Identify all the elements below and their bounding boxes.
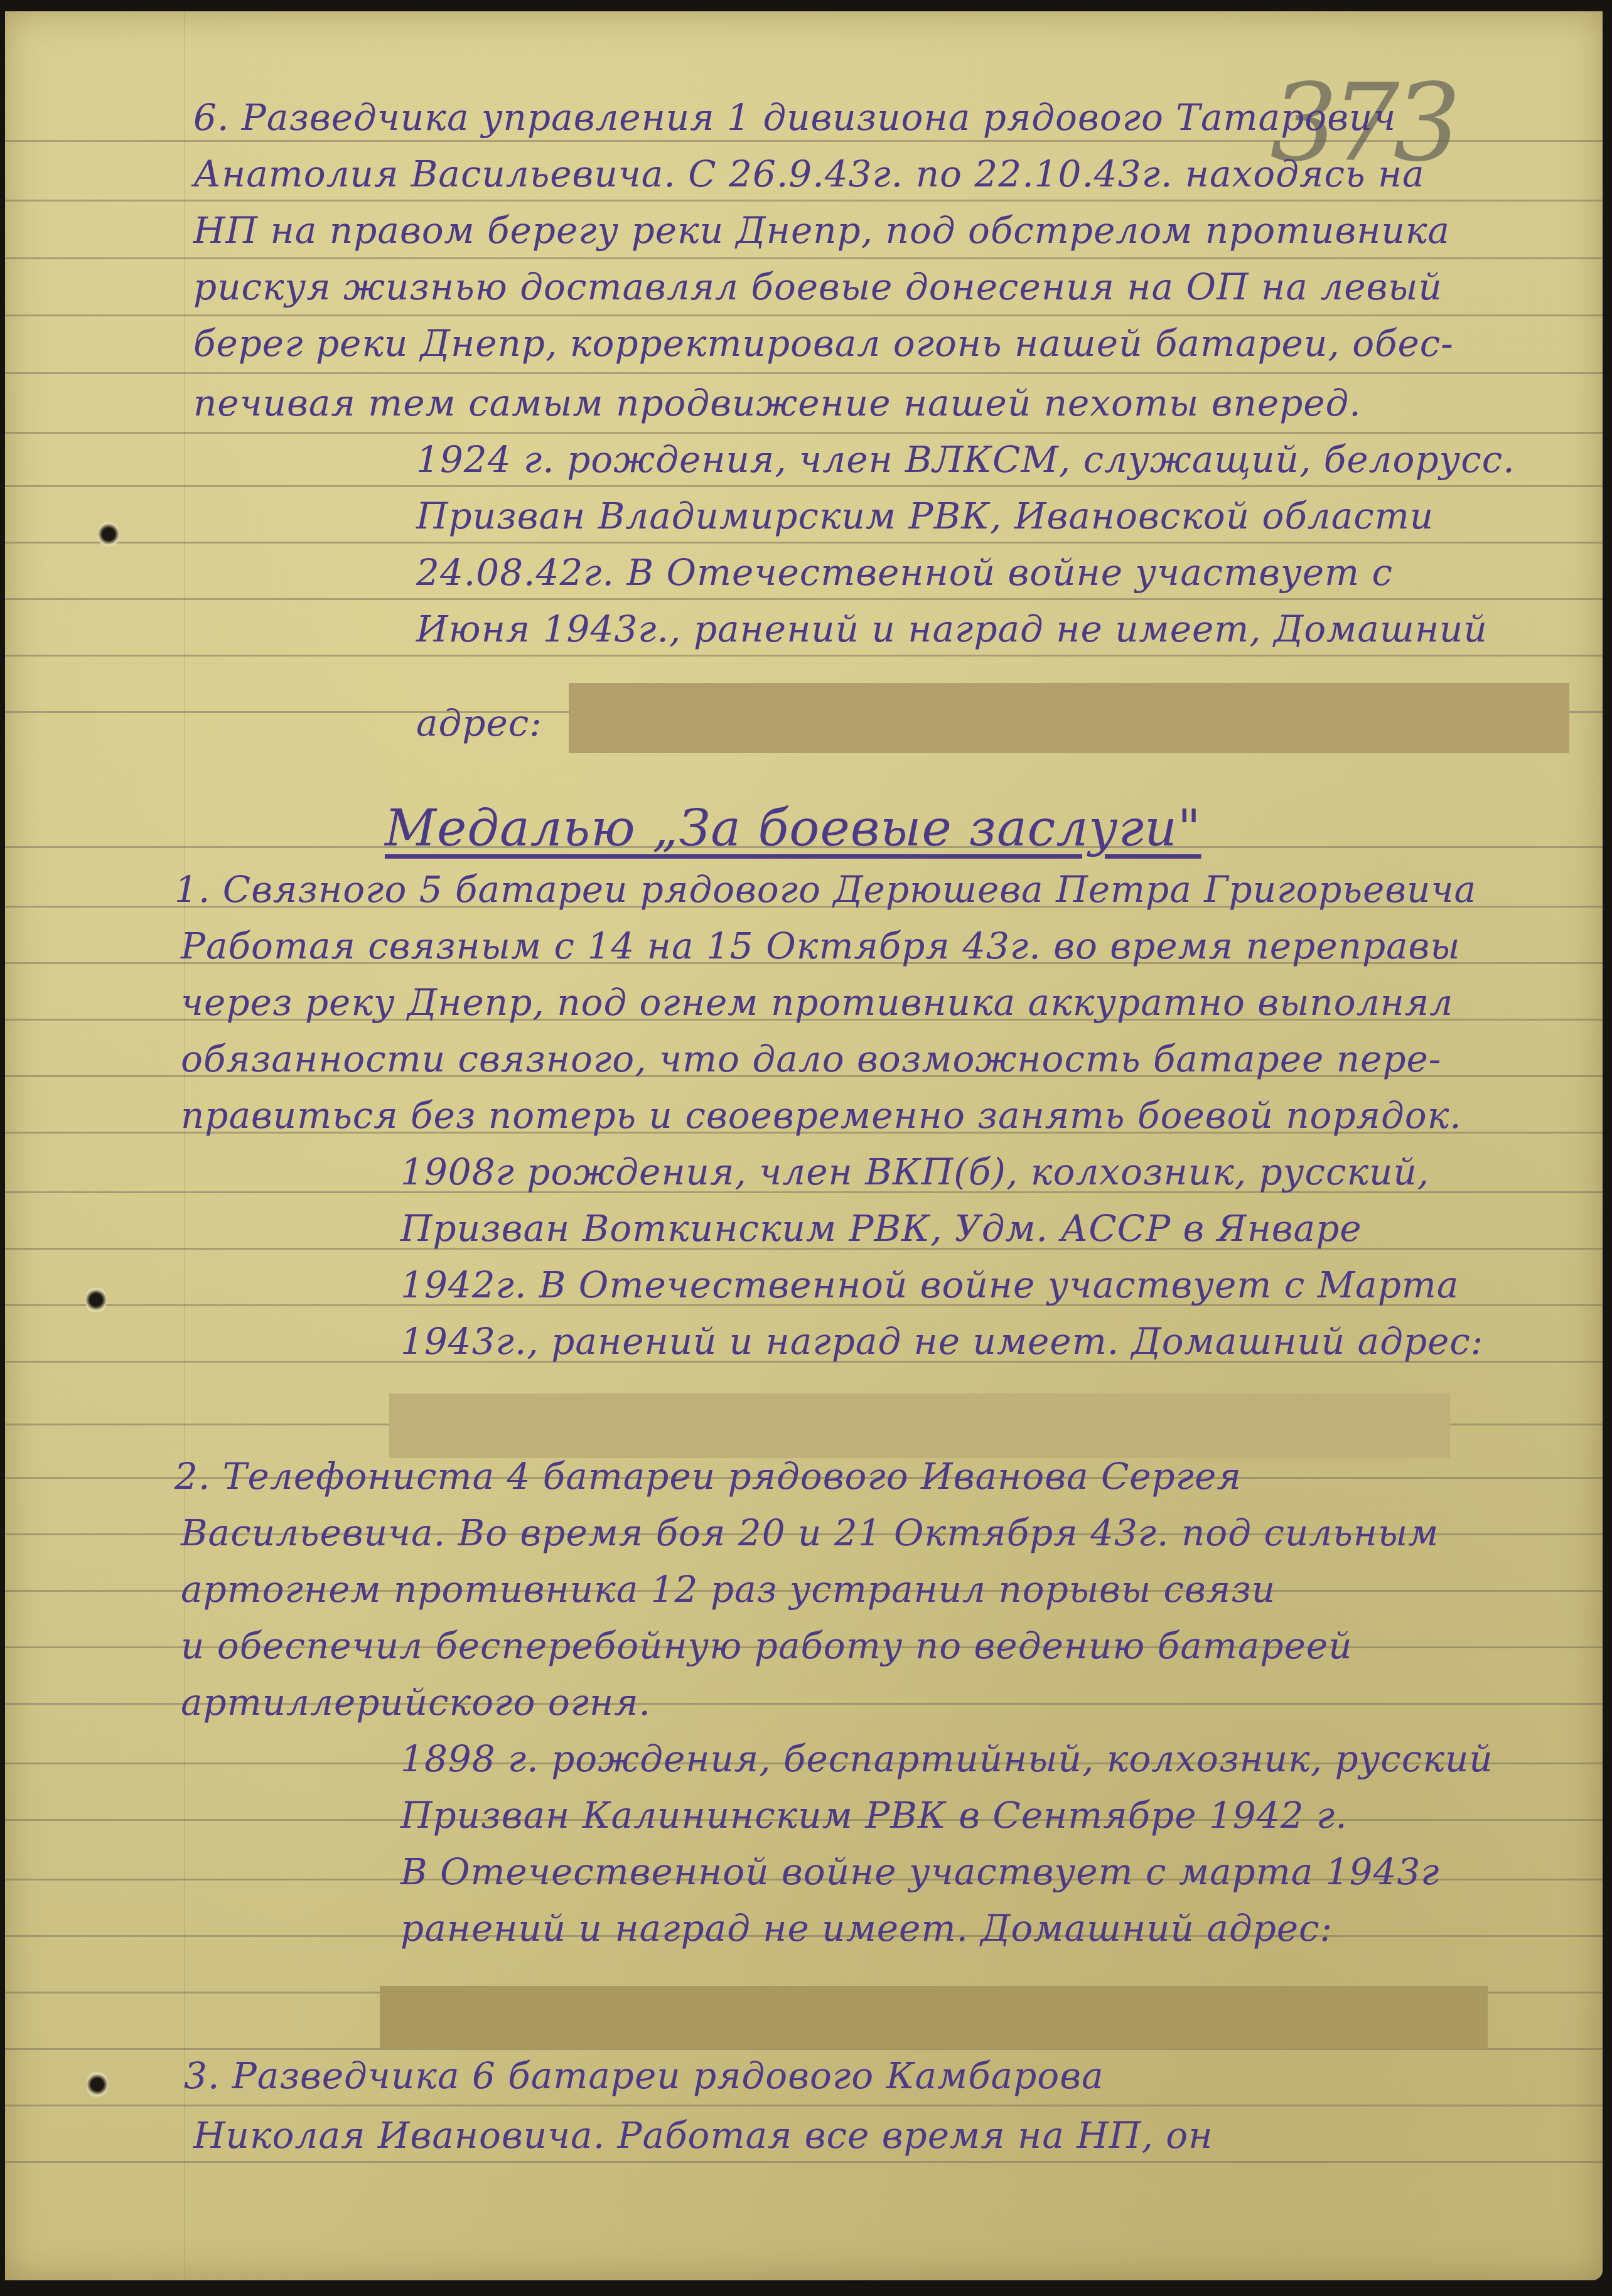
ruled-line [5, 257, 1603, 259]
redacted-address [569, 683, 1569, 753]
entry-line: 2. Телефониста 4 батареи рядового Иванов… [175, 1455, 1242, 1498]
bio-line: 1898 г. рождения, беспартийный, колхозни… [400, 1737, 1493, 1780]
punch-hole [85, 1285, 107, 1314]
bio-line: Июня 1943г., ранений и наград не имеет, … [416, 608, 1488, 650]
entry-line: через реку Днепр, под огнем противника а… [181, 981, 1453, 1024]
ruled-line [5, 542, 1603, 544]
bio-line: 1924 г. рождения, член ВЛКСМ, служащий, … [416, 438, 1515, 481]
bio-line: В Отечественной войне участвует с марта … [400, 1850, 1440, 1893]
entry-line: артиллерийского огня. [181, 1681, 651, 1724]
entry-line: печивая тем самым продвижение нашей пехо… [193, 382, 1362, 424]
redacted-address [389, 1393, 1450, 1458]
bio-line: 1908г рождения, член ВКП(б), колхозник, … [400, 1151, 1429, 1193]
entry-line: и обеспечил бесперебойную работу по веде… [181, 1624, 1352, 1667]
ruled-line [5, 200, 1603, 201]
bio-line: 24.08.42г. В Отечественной войне участву… [416, 551, 1393, 594]
entry-line: Анатолия Васильевича. С 26.9.43г. по 22.… [193, 153, 1425, 195]
bio-line: Призван Владимирским РВК, Ивановской обл… [416, 495, 1434, 537]
bio-line: Призван Калининским РВК в Сентябре 1942 … [400, 1794, 1348, 1837]
entry-line: правиться без потерь и своевременно заня… [181, 1094, 1462, 1137]
ruled-line [5, 432, 1603, 434]
ruled-line [5, 485, 1603, 487]
entry-line: Работая связным с 14 на 15 Октября 43г. … [181, 925, 1461, 967]
redacted-address [380, 1986, 1488, 2049]
entry-line: 6. Разведчика управления 1 дивизиона ряд… [193, 96, 1396, 139]
bio-line: Призван Воткинским РВК, Удм. АССР в Янва… [400, 1207, 1362, 1250]
ruled-line [5, 2161, 1603, 2163]
entry-line: рискуя жизнью доставлял боевые донесения… [193, 266, 1443, 308]
punch-hole [87, 2070, 108, 2099]
bio-line: адрес: [416, 702, 542, 744]
entry-line: Николая Ивановича. Работая все время на … [193, 2114, 1213, 2157]
entry-line: 1. Связного 5 батареи рядового Дерюшева … [175, 868, 1476, 911]
ruled-line [5, 372, 1603, 374]
entry-line: артогнем противника 12 раз устранил поры… [181, 1568, 1276, 1611]
entry-line: Васильевича. Во время боя 20 и 21 Октябр… [181, 1511, 1439, 1554]
entry-line: 3. Разведчика 6 батареи рядового Камбаро… [184, 2054, 1104, 2097]
ruled-line [5, 2105, 1603, 2106]
bio-line: 1943г., ранений и наград не имеет. Домаш… [400, 1320, 1483, 1363]
punch-hole [98, 520, 119, 549]
margin-line [184, 11, 185, 2280]
entry-line: берег реки Днепр, корректировал огонь на… [193, 322, 1454, 365]
bio-line: ранений и наград не имеет. Домашний адре… [400, 1907, 1333, 1950]
ruled-line [5, 314, 1603, 316]
entry-line: НП на правом берегу реки Днепр, под обст… [193, 209, 1450, 252]
ruled-line [5, 655, 1603, 657]
medal-heading: Медалью „За боевые заслуги" [385, 799, 1201, 857]
bio-line: 1942г. В Отечественной войне участвует с… [400, 1263, 1459, 1306]
entry-line: обязанности связного, что дало возможнос… [181, 1038, 1441, 1080]
ruled-line [5, 598, 1603, 600]
document-page: 373 6. Разведчика управления 1 дивизиона… [5, 11, 1603, 2280]
